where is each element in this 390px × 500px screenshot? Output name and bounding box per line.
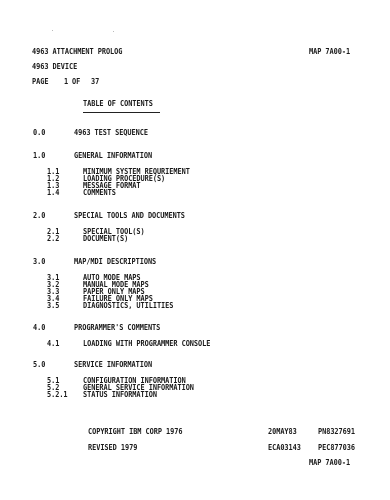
section-title: SERVICE INFORMATION: [74, 361, 152, 369]
page-of-label: OF: [72, 78, 80, 86]
document-title: 4963 ATTACHMENT PROLOG: [32, 48, 122, 56]
part-number: PN8327691: [318, 428, 355, 436]
section-number: 4.0: [33, 324, 45, 332]
subsection-title: DIAGNOSTICS, UTILITIES: [83, 302, 173, 310]
scan-speck: [52, 30, 53, 31]
page-total: 37: [91, 78, 99, 86]
subsection-number: 5.2.1: [47, 391, 68, 399]
copyright-notice: COPYRIGHT IBM CORP 1976: [88, 428, 183, 436]
page-number: 1: [64, 78, 68, 86]
map-id: MAP 7A00-1: [309, 48, 350, 56]
section-number: 2.0: [33, 212, 45, 220]
page-label: PAGE: [32, 78, 48, 86]
section-number: 0.0: [33, 129, 45, 137]
subsection-title: DOCUMENT(S): [83, 235, 128, 243]
section-title: PROGRAMMER'S COMMENTS: [74, 324, 160, 332]
ec-number: ECA03143: [268, 444, 301, 452]
footer-date: 20MAY83: [268, 428, 297, 436]
scan-speck: [113, 31, 114, 32]
footer-map-id: MAP 7A00-1: [309, 459, 350, 467]
revised-year: REVISED 1979: [88, 444, 137, 452]
pec-number: PEC877036: [318, 444, 355, 452]
toc-heading: TABLE OF CONTENTS: [83, 100, 153, 108]
subsection-number: 4.1: [47, 340, 59, 348]
subsection-number: 2.2: [47, 235, 59, 243]
section-title: 4963 TEST SEQUENCE: [74, 129, 148, 137]
subsection-title: COMMENTS: [83, 189, 116, 197]
subsection-number: 3.5: [47, 302, 59, 310]
subsection-title: LOADING WITH PROGRAMMER CONSOLE: [83, 340, 210, 348]
toc-heading-underline: [83, 112, 160, 113]
section-number: 5.0: [33, 361, 45, 369]
subsection-number: 1.4: [47, 189, 59, 197]
section-number: 1.0: [33, 152, 45, 160]
section-title: GENERAL INFORMATION: [74, 152, 152, 160]
section-title: MAP/MDI DESCRIPTIONS: [74, 258, 156, 266]
device-name: 4963 DEVICE: [32, 63, 77, 71]
section-title: SPECIAL TOOLS AND DOCUMENTS: [74, 212, 185, 220]
section-number: 3.0: [33, 258, 45, 266]
subsection-title: STATUS INFORMATION: [83, 391, 157, 399]
